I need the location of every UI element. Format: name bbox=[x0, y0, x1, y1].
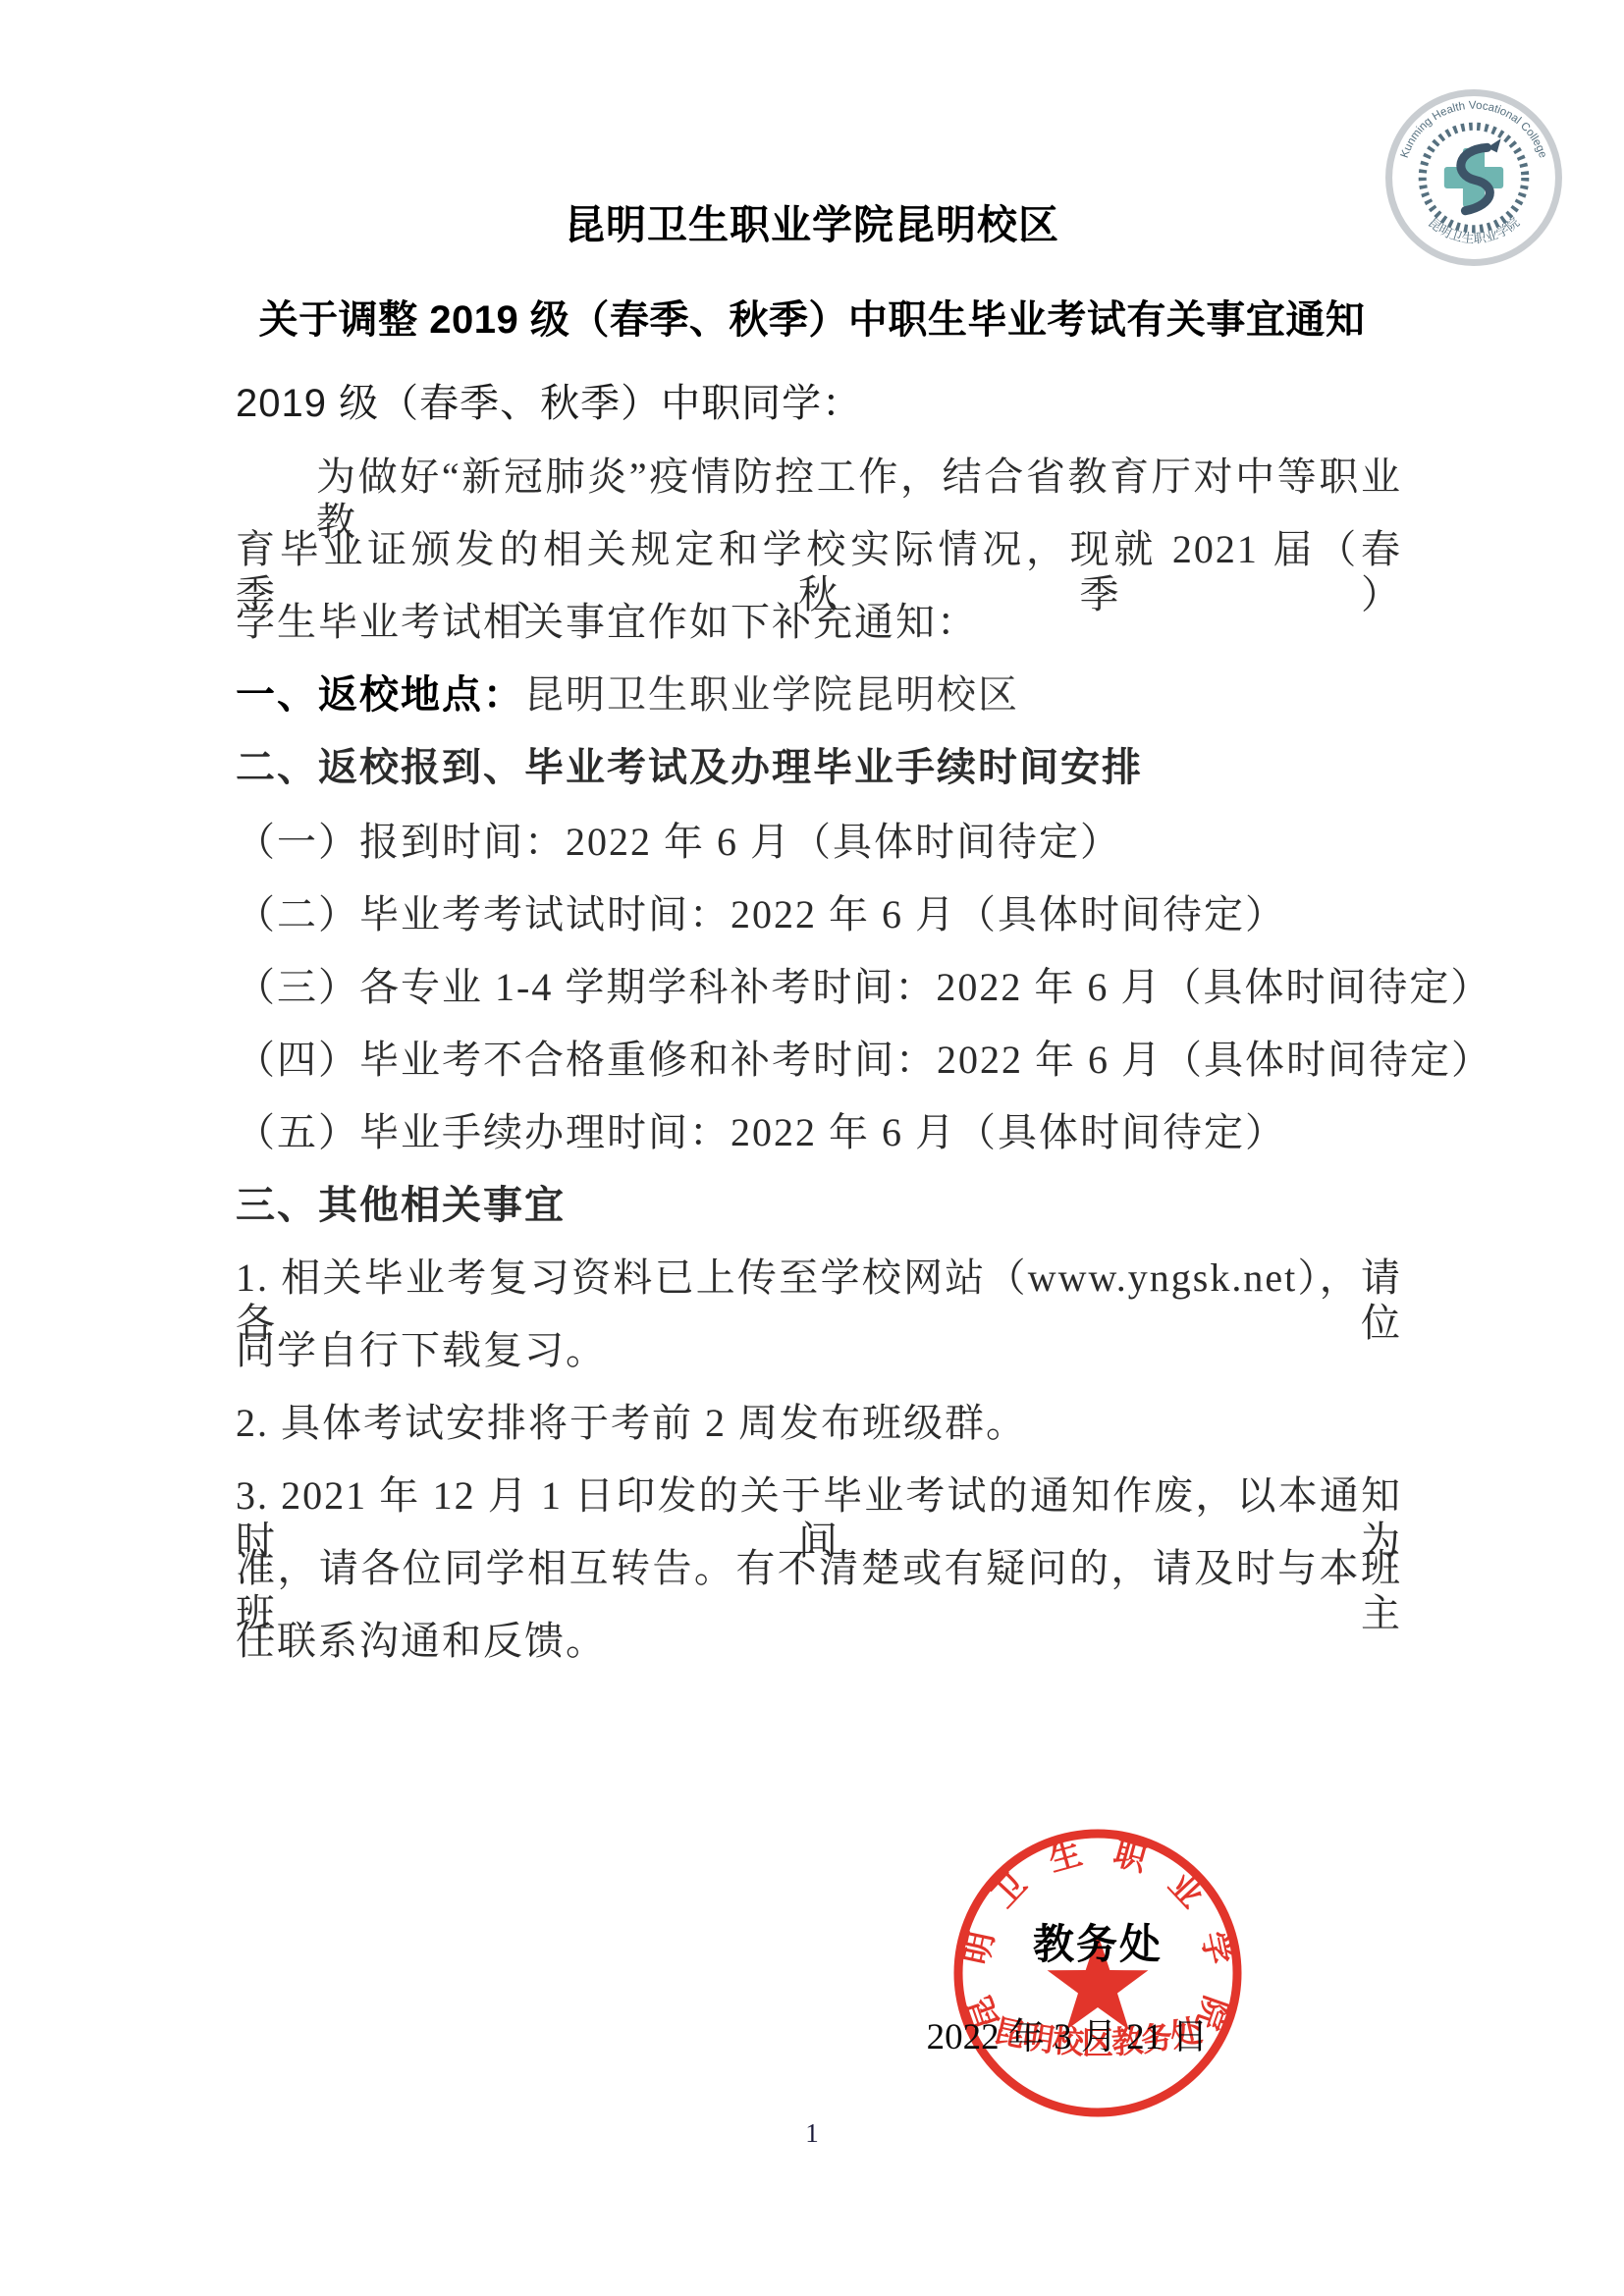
schedule-item: （一）报到时间：2022 年 6 月（具体时间待定） bbox=[236, 820, 1402, 865]
official-seal-stamp: 昆明卫生职业学院 昆明校区教务处 bbox=[950, 1826, 1245, 2120]
doc-title: 昆明卫生职业学院昆明校区 bbox=[0, 192, 1624, 250]
section-1-line: 一、返校地点：昆明卫生职业学院昆明校区 bbox=[236, 672, 1402, 718]
section-1-value: 昆明卫生职业学院昆明校区 bbox=[524, 672, 1019, 717]
intro-line: 学生毕业考试相关事宜作如下补充通知： bbox=[236, 600, 1402, 645]
signature-date: 2022 年 3 月 21 日 bbox=[920, 2006, 1215, 2059]
note-line: 2. 具体考试安排将于考前 2 周发布班级群。 bbox=[236, 1401, 1402, 1446]
note-line: 同学自行下载复习。 bbox=[236, 1328, 1402, 1373]
section-1-heading: 一、返校地点： bbox=[236, 673, 524, 717]
schedule-item: （五）毕业手续办理时间：2022 年 6 月（具体时间待定） bbox=[236, 1110, 1402, 1155]
section-3-heading: 三、其他相关事宜 bbox=[236, 1183, 1402, 1228]
schedule-item: （三）各专业 1-4 学期学科补考时间：2022 年 6 月（具体时间待定） bbox=[236, 965, 1402, 1010]
schedule-item: （四）毕业考不合格重修和补考时间：2022 年 6 月（具体时间待定） bbox=[236, 1038, 1402, 1083]
signature-department: 教务处 bbox=[950, 1912, 1245, 1971]
section-2-heading: 二、返校报到、毕业考试及办理毕业手续时间安排 bbox=[236, 745, 1402, 790]
schedule-item: （二）毕业考考试试时间：2022 年 6 月（具体时间待定） bbox=[236, 892, 1402, 937]
document-page: Kunming Health Vocational College 昆明卫生职业… bbox=[0, 0, 1624, 2296]
salutation: 2019 级（春季、秋季）中职同学： bbox=[236, 381, 1402, 426]
page-number: 1 bbox=[0, 2118, 1624, 2149]
note-line: 任联系沟通和反馈。 bbox=[236, 1619, 1402, 1664]
doc-subtitle: 关于调整 2019 级（春季、秋季）中职生毕业考试有关事宜通知 bbox=[0, 289, 1624, 345]
